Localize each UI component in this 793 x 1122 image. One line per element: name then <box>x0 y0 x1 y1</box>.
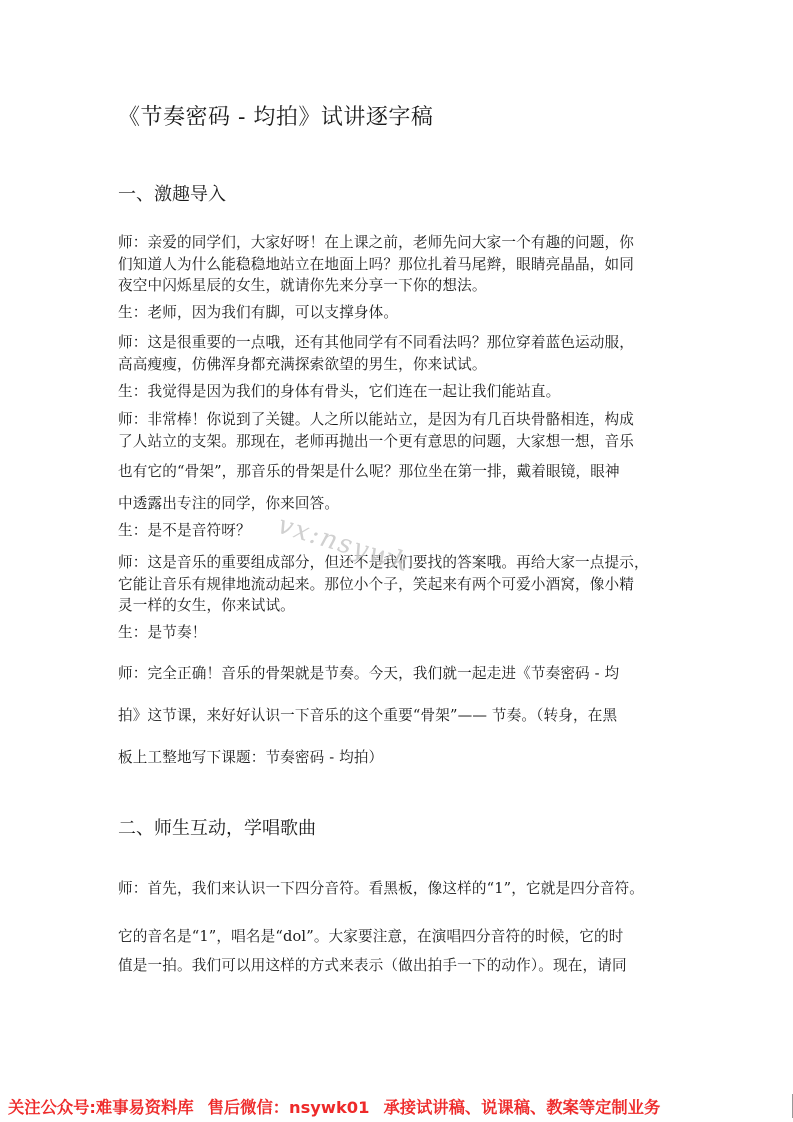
text-line: 它的音名是“1”，唱名是“dol”。大家要注意，在演唱四分音符的时候，它的时 <box>118 926 686 948</box>
paragraph-student-4: 生：是节奏！ <box>118 622 686 644</box>
section-heading-2: 二、师生互动，学唱歌曲 <box>118 816 316 842</box>
text-line: 夜空中闪烁星辰的女生，就请你先来分享一下你的想法。 <box>118 275 686 297</box>
document-title: 《节奏密码 - 均拍》试讲逐字稿 <box>118 103 433 133</box>
paragraph-teacher-3: 师：非常棒！你说到了关键。人之所以能站立，是因为有几百块骨骼相连，构成 了人站立… <box>118 409 686 514</box>
text-line: 们知道人为什么能稳稳地站立在地面上吗？那位扎着马尾辫，眼睛亮晶晶，如同 <box>118 254 686 276</box>
text-line: 师：首先，我们来认识一下四分音符。看黑板，像这样的“1”，它就是四分音符。 <box>118 878 686 900</box>
text-line: 了人站立的支架。那现在，老师再抛出一个更有意思的问题，大家想一想，音乐 <box>118 431 686 453</box>
text-line: 生：是不是音符呀？ <box>118 520 686 542</box>
text-line: 灵一样的女生，你来试试。 <box>118 595 686 617</box>
text-line: 师：亲爱的同学们，大家好呀！在上课之前，老师先问大家一个有趣的问题，你 <box>118 232 686 254</box>
footer-promo-banner: 关注公众号:难事易资料库售后微信：nsywk01承接试讲稿、说课稿、教案等定制业… <box>8 1096 674 1120</box>
text-line: 生：是节奏！ <box>118 622 686 644</box>
text-line: 师：非常棒！你说到了关键。人之所以能站立，是因为有几百块骨骼相连，构成 <box>118 409 686 431</box>
paragraph-teacher-1: 师：亲爱的同学们，大家好呀！在上课之前，老师先问大家一个有趣的问题，你 们知道人… <box>118 232 686 297</box>
text-line: 中透露出专注的同学，你来回答。 <box>118 493 686 515</box>
text-line: 师：这是很重要的一点哦，还有其他同学有不同看法吗？那位穿着蓝色运动服， <box>118 332 686 354</box>
text-line: 板上工整地写下课题：节奏密码 - 均拍） <box>118 747 686 769</box>
text-line: 拍》这节课，来好好认识一下音乐的这个重要“骨架”—— 节奏。（转身，在黑 <box>118 705 686 727</box>
text-line: 也有它的“骨架”，那音乐的骨架是什么呢？那位坐在第一排，戴着眼镜，眼神 <box>118 461 686 483</box>
paragraph-teacher-7: 它的音名是“1”，唱名是“dol”。大家要注意，在演唱四分音符的时候，它的时 值… <box>118 926 686 977</box>
footer-segment-services: 承接试讲稿、说课稿、教案等定制业务 <box>383 1098 660 1117</box>
document-page: 《节奏密码 - 均拍》试讲逐字稿 一、激趣导入 师：亲爱的同学们，大家好呀！在上… <box>0 0 793 1122</box>
paragraph-teacher-2: 师：这是很重要的一点哦，还有其他同学有不同看法吗？那位穿着蓝色运动服， 高高瘦瘦… <box>118 332 686 375</box>
paragraph-student-1: 生：老师，因为我们有脚，可以支撑身体。 <box>118 302 686 324</box>
text-line: 师：完全正确！音乐的骨架就是节奏。今天，我们就一起走进《节奏密码 - 均 <box>118 663 686 685</box>
footer-segment-wechat: 售后微信：nsywk01 <box>208 1098 370 1117</box>
text-line: 高高瘦瘦，仿佛浑身都充满探索欲望的男生，你来试试。 <box>118 354 686 376</box>
paragraph-teacher-6: 师：首先，我们来认识一下四分音符。看黑板，像这样的“1”，它就是四分音符。 <box>118 878 686 900</box>
text-line: 值是一拍。我们可以用这样的方式来表示（做出拍手一下的动作）。现在，请同 <box>118 955 686 977</box>
paragraph-teacher-5: 师：完全正确！音乐的骨架就是节奏。今天，我们就一起走进《节奏密码 - 均 拍》这… <box>118 663 686 769</box>
paragraph-student-2: 生：我觉得是因为我们的身体有骨头，它们连在一起让我们能站直。 <box>118 381 686 403</box>
section-heading-1: 一、激趣导入 <box>118 182 226 208</box>
text-line: 生：我觉得是因为我们的身体有骨头，它们连在一起让我们能站直。 <box>118 381 686 403</box>
paragraph-student-3: 生：是不是音符呀？ <box>118 520 686 542</box>
text-line: 生：老师，因为我们有脚，可以支撑身体。 <box>118 302 686 324</box>
footer-segment-account: 关注公众号:难事易资料库 <box>8 1098 194 1117</box>
